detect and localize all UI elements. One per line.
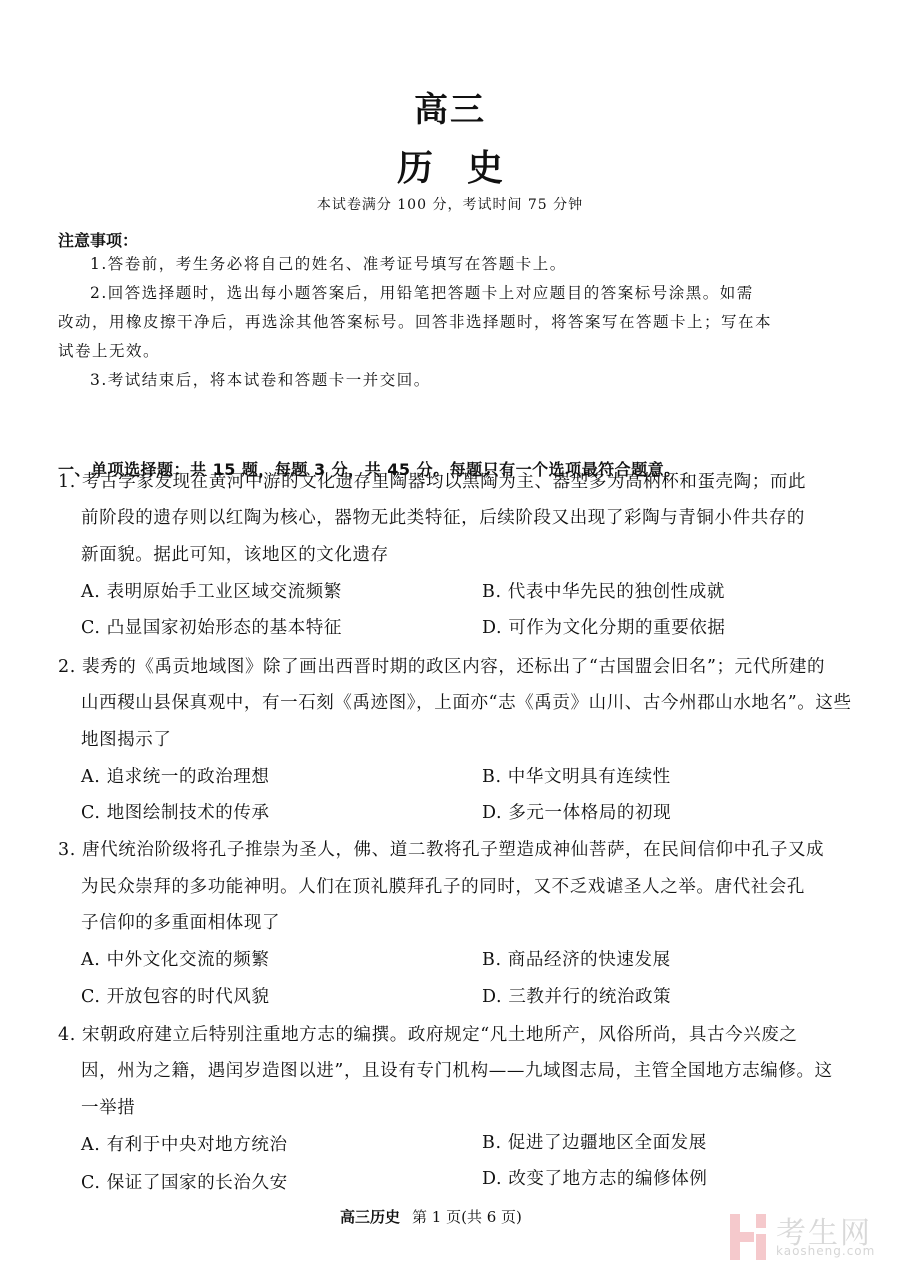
question-1-option-b[interactable]: B. 代表中华先民的独创性成就	[482, 578, 725, 603]
question-3-option-d[interactable]: D. 三教并行的统治政策	[482, 983, 671, 1008]
exam-subject-title: 历史	[0, 140, 900, 191]
question-3-option-c[interactable]: C. 开放包容的时代风貌	[81, 983, 270, 1008]
question-2-option-a[interactable]: A. 追求统一的政治理想	[81, 763, 269, 788]
question-2-option-c[interactable]: C. 地图绘制技术的传承	[81, 799, 270, 824]
question-2-line-3: 地图揭示了	[81, 726, 172, 751]
question-3-line-3: 子信仰的多重面相体现了	[81, 909, 280, 934]
question-3-option-b[interactable]: B. 商品经济的快速发展	[482, 946, 671, 971]
question-1-option-a[interactable]: A. 表明原始手工业区域交流频繁	[81, 578, 342, 603]
question-1-option-d[interactable]: D. 可作为文化分期的重要依据	[482, 614, 726, 639]
question-1-line-1: 1. 考古学家发现在黄河中游的文化遗存里陶器均以黑陶为主、器型多为高柄杯和蛋壳陶…	[58, 468, 806, 493]
question-4-line-1: 4. 宋朝政府建立后特别注重地方志的编撰。政府规定“凡土地所产，风俗所尚，具古今…	[58, 1021, 798, 1046]
question-4-option-c[interactable]: C. 保证了国家的长治久安	[81, 1169, 288, 1194]
footer-page-number: 第 1 页(共 6 页)	[412, 1208, 522, 1226]
question-1-line-2: 前阶段的遗存则以红陶为核心，器物无此类特征，后续阶段又出现了彩陶与青铜小件共存的	[81, 504, 805, 529]
question-2-line-2: 山西稷山县保真观中，有一石刻《禹迹图》，上面亦“志《禹贡》山川、古今州郡山水地名…	[81, 689, 852, 714]
question-1-option-c[interactable]: C. 凸显国家初始形态的基本特征	[81, 614, 342, 639]
kaosheng-logo-icon	[730, 1214, 766, 1260]
question-3-option-a[interactable]: A. 中外文化交流的频繁	[81, 946, 269, 971]
note-2-line-1: 2.回答选择题时，选出每小题答案后，用铅笔把答题卡上对应题目的答案标号涂黑。如需	[58, 279, 848, 308]
exam-info: 本试卷满分 100 分，考试时间 75 分钟	[0, 194, 900, 214]
question-3-line-1: 3. 唐代统治阶级将孔子推崇为圣人，佛、道二教将孔子塑造成神仙菩萨，在民间信仰中…	[58, 836, 824, 861]
question-1-line-3: 新面貌。据此可知，该地区的文化遗存	[81, 541, 389, 566]
watermark: 考生网 kaosheng.com	[730, 1210, 900, 1265]
note-2-line-2: 改动，用橡皮擦干净后，再选涂其他答案标号。回答非选择题时，将答案写在答题卡上；写…	[58, 308, 848, 337]
note-1-line-1: 1.答卷前，考生务必将自己的姓名、准考证号填写在答题卡上。	[58, 250, 848, 279]
note-2-line-3: 试卷上无效。	[58, 337, 848, 366]
watermark-url: kaosheng.com	[776, 1244, 875, 1258]
footer-subject: 高三历史	[340, 1208, 400, 1226]
question-4-option-b[interactable]: B. 促进了边疆地区全面发展	[482, 1129, 707, 1154]
notes-list: 1.答卷前，考生务必将自己的姓名、准考证号填写在答题卡上。 2.回答选择题时，选…	[58, 250, 848, 395]
page-footer: 高三历史第 1 页(共 6 页)	[340, 1206, 522, 1227]
question-3-line-2: 为民众崇拜的多功能神明。人们在顶礼膜拜孔子的同时，又不乏戏谑圣人之举。唐代社会孔	[81, 873, 805, 898]
question-4-option-a[interactable]: A. 有利于中央对地方统治	[81, 1131, 288, 1156]
question-4-option-d[interactable]: D. 改变了地方志的编修体例	[482, 1165, 707, 1190]
notes-heading: 注意事项：	[58, 228, 138, 251]
question-2-option-d[interactable]: D. 多元一体格局的初现	[482, 799, 671, 824]
note-3-line-1: 3.考试结束后，将本试卷和答题卡一并交回。	[58, 366, 848, 395]
question-2-option-b[interactable]: B. 中华文明具有连续性	[482, 763, 671, 788]
question-4-line-3: 一举措	[81, 1094, 135, 1119]
exam-grade-title: 高三	[0, 82, 900, 131]
question-4-line-2: 因，州为之籍，遇闰岁造图以进”，且设有专门机构——九域图志局，主管全国地方志编修…	[81, 1057, 833, 1082]
question-2-line-1: 2. 裴秀的《禹贡地域图》除了画出西晋时期的政区内容，还标出了“古国盟会旧名”；…	[58, 653, 825, 678]
